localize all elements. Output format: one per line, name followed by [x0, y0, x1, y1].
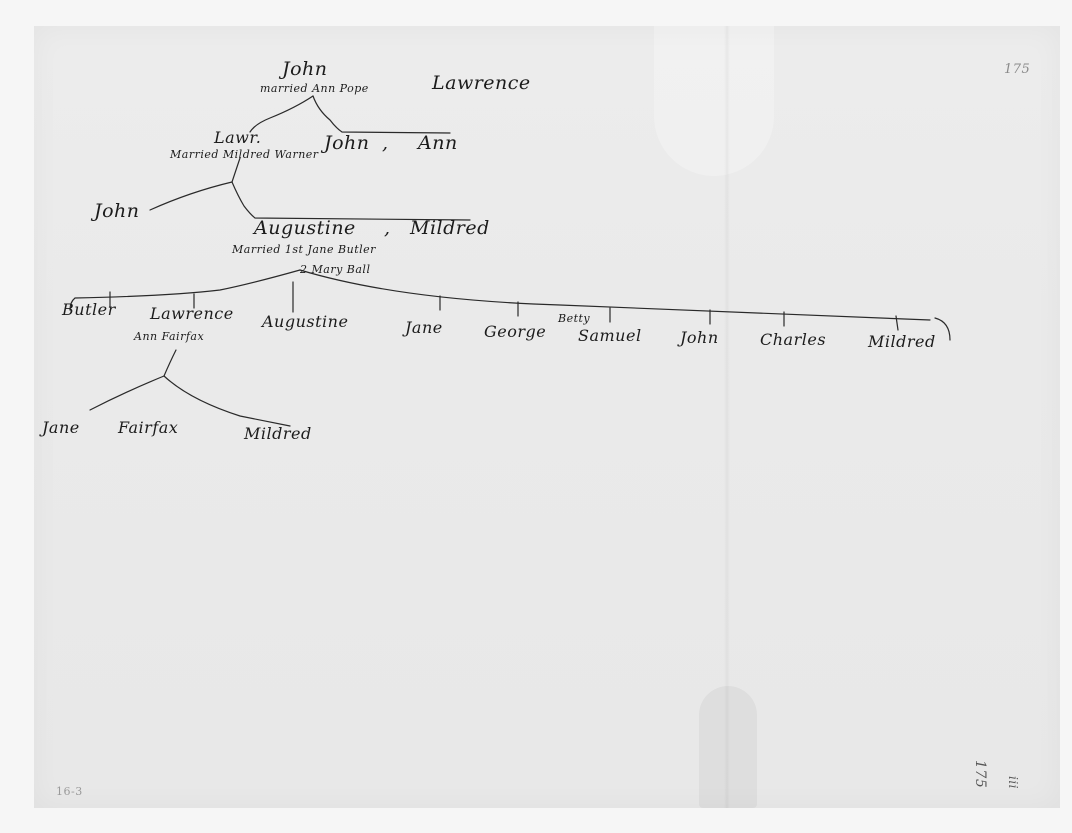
gen3-mildred: Mildred: [410, 217, 490, 239]
catalog-number: 16-3: [56, 785, 83, 798]
margin-note-roman: iii: [1006, 776, 1020, 789]
gen5-jane: Jane: [42, 418, 80, 437]
gen4-jane: Jane: [405, 318, 443, 337]
gen2-lawrence-marriage: Married Mildred Warner: [170, 148, 319, 161]
gen4-augustine: Augustine: [262, 312, 348, 331]
gen4-lawrence-marriage: Ann Fairfax: [134, 330, 204, 343]
page-number: 175: [1004, 62, 1030, 77]
gen4-butler: Butler: [62, 300, 116, 319]
gen4-mildred: Mildred: [868, 332, 936, 351]
margin-note-vertical: 175: [972, 760, 988, 788]
gen5-mildred: Mildred: [244, 424, 312, 443]
gen1-lawrence: Lawrence: [432, 72, 531, 94]
gen4-john: John: [680, 328, 719, 347]
gen2-lawrence: Lawr.: [214, 128, 261, 147]
gen2-john: John: [324, 132, 370, 154]
gen4-lawrence: Lawrence: [150, 304, 234, 323]
gen3-john: John: [94, 200, 140, 222]
gen1-john-marriage: married Ann Pope: [260, 82, 369, 95]
gen4-george: George: [484, 322, 546, 341]
gen3-augustine: Augustine: [254, 217, 356, 239]
gen4-betty: Betty: [558, 312, 590, 325]
gen2-ann: Ann: [418, 132, 458, 154]
gen5-fairfax: Fairfax: [118, 418, 178, 437]
gen4-samuel: Samuel: [578, 326, 642, 345]
gen1-john: John: [282, 58, 328, 80]
family-tree-lines: [0, 0, 1072, 833]
gen4-charles: Charles: [760, 330, 826, 349]
gen3-augustine-marriage-1: Married 1st Jane Butler: [232, 243, 376, 256]
gen3-augustine-marriage-2: 2 Mary Ball: [300, 263, 370, 276]
